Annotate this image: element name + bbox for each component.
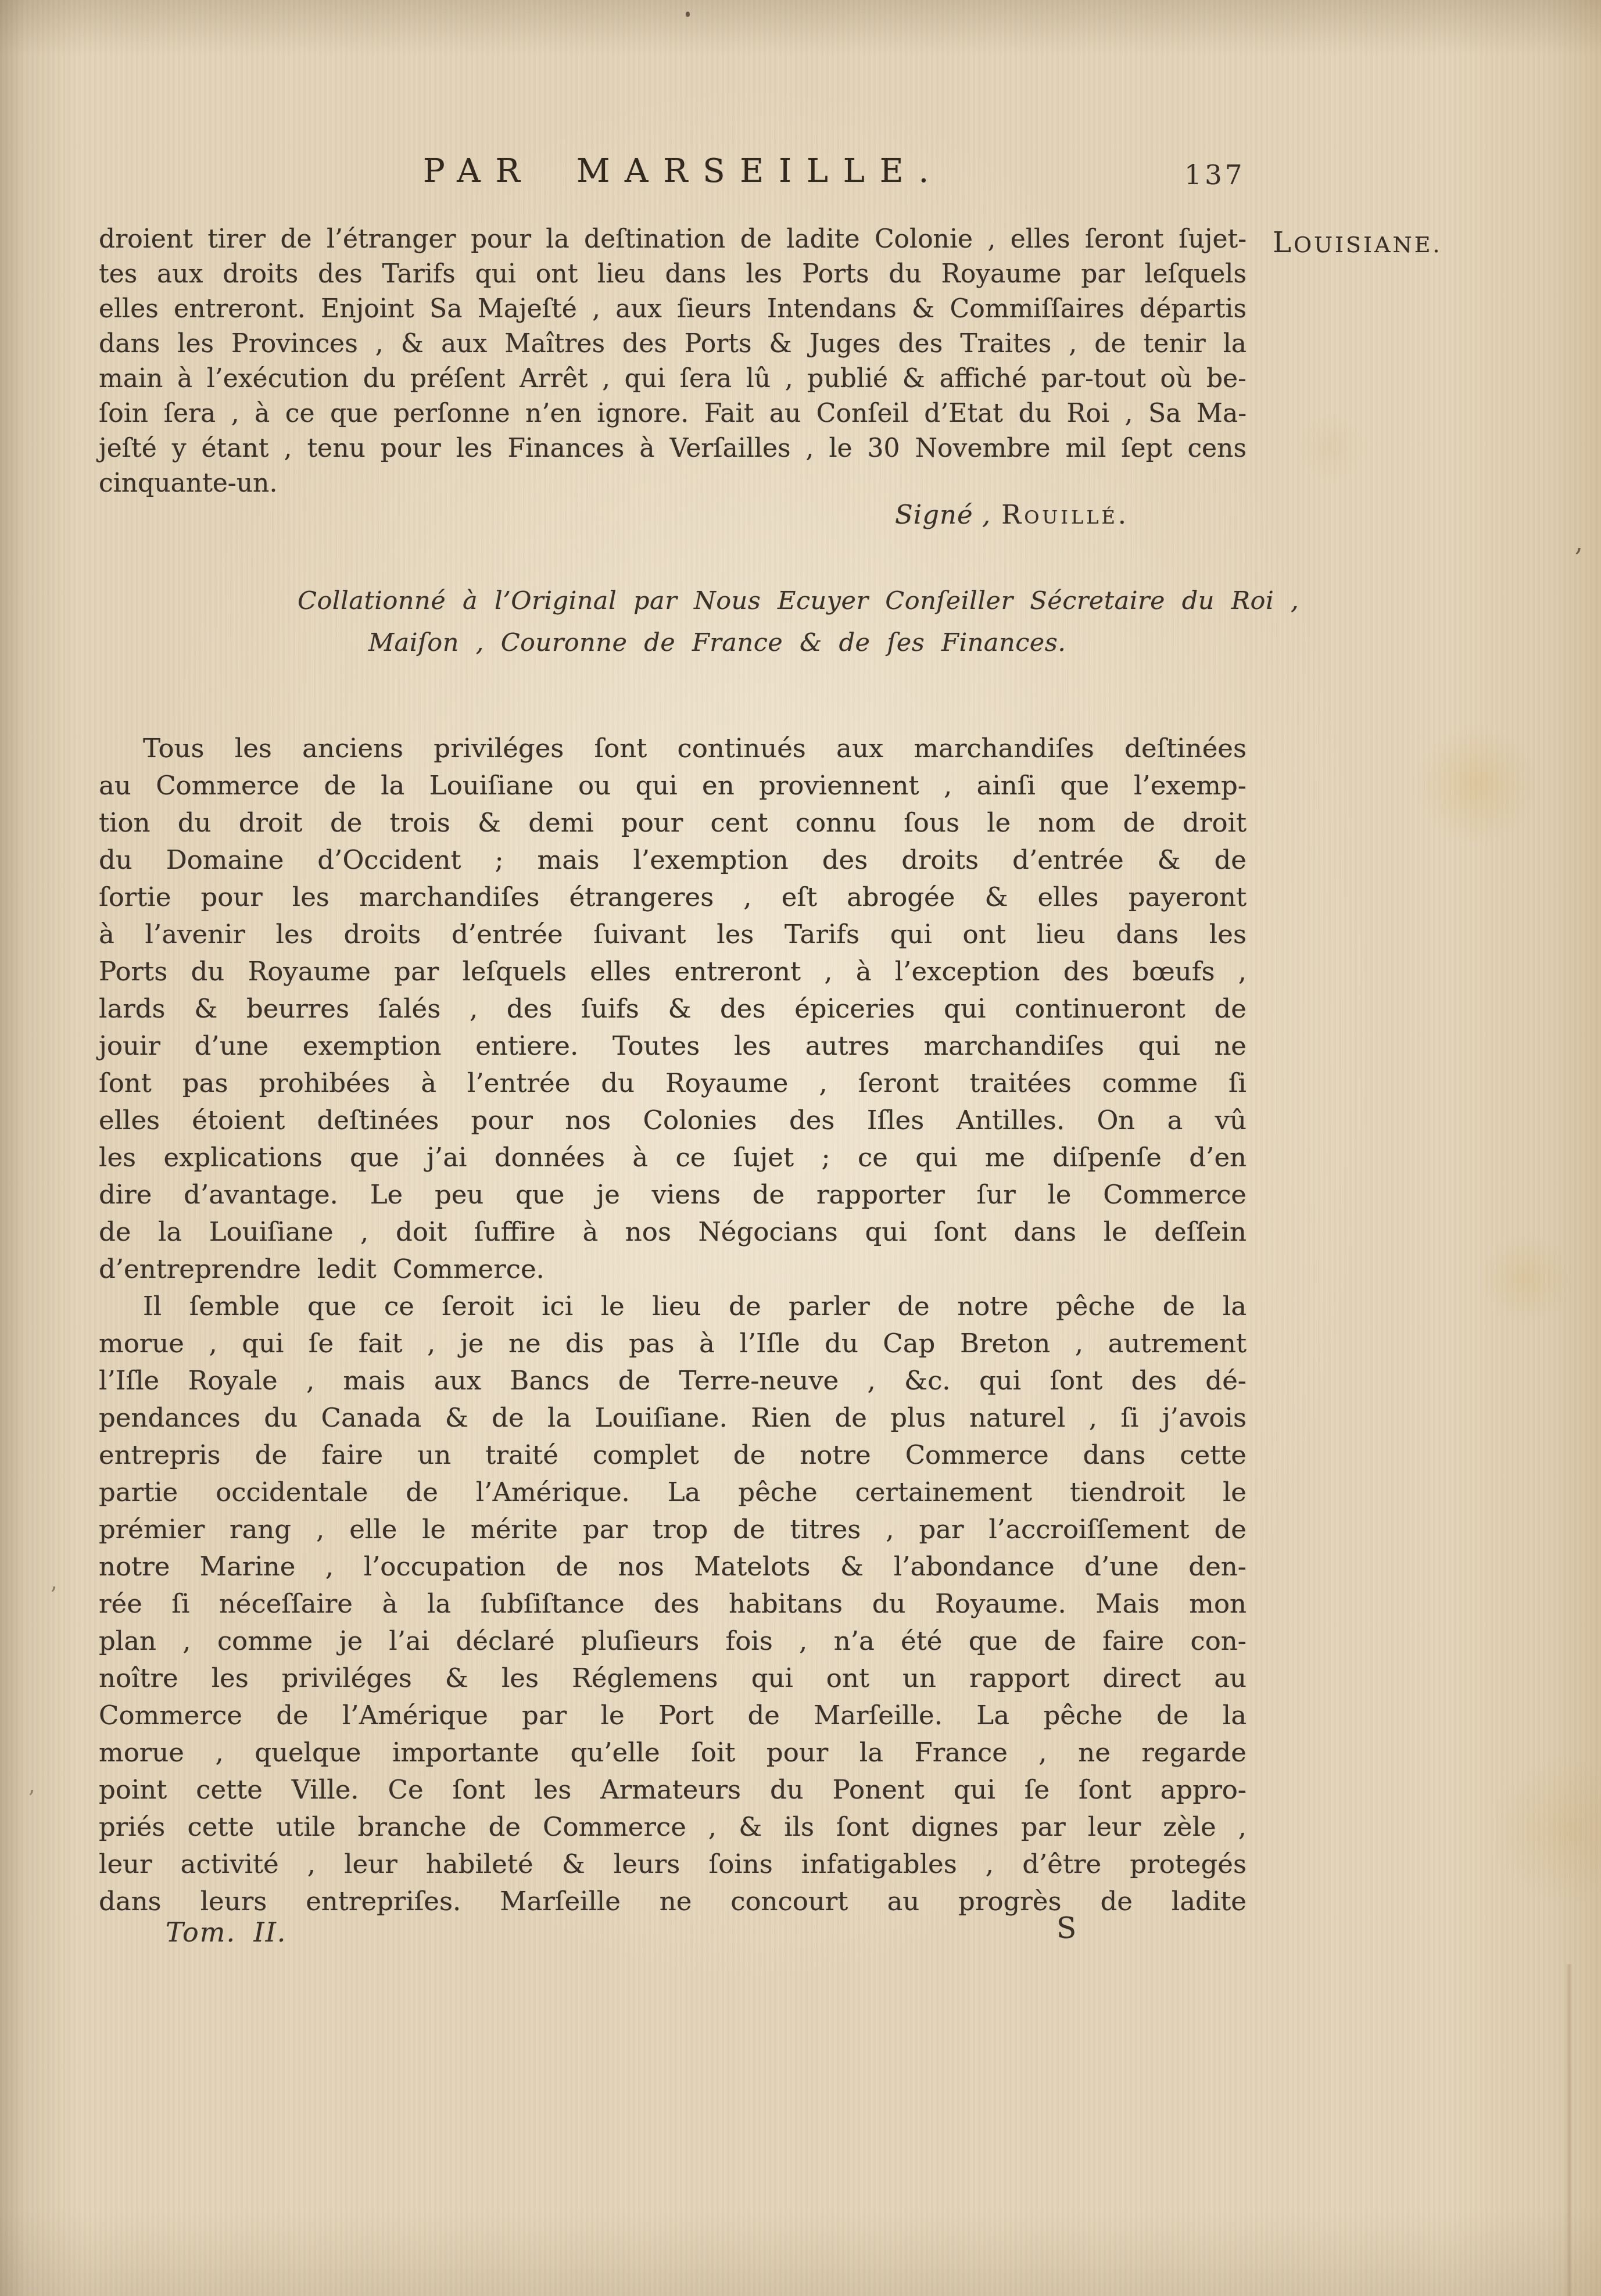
volume-label: Tom. II. [166, 1915, 286, 1949]
body-paragraph-peche: Il ſemble que ce ſeroit ici le lieu de p… [99, 1288, 1247, 1920]
text-line: droient tirer de l’étranger pour la deſt… [99, 222, 1247, 257]
text-line: leur activité , leur habileté & leurs ſo… [99, 1846, 1247, 1883]
text-line: à l’avenir les droits d’entrée ſuivant l… [99, 916, 1247, 953]
text-line: partie occidentale de l’Amérique. La pêc… [99, 1474, 1247, 1511]
text-line: rée ſi néceſſaire à la ſubſiſtance des h… [99, 1585, 1247, 1622]
text-line: ſortie pour les marchandiſes étrangeres … [99, 879, 1247, 916]
text-line: du Domaine d’Occident ; mais l’exemption… [99, 841, 1247, 879]
text-line: au Commerce de la Louiſiane ou qui en pr… [99, 767, 1247, 804]
text-line: tion du droit de trois & demi pour cent … [99, 804, 1247, 841]
text-line: tes aux droits des Tarifs qui ont lieu d… [99, 257, 1247, 292]
arret-paragraph: droient tirer de l’étranger pour la deſt… [99, 222, 1247, 501]
text-line: elles étoient deſtinées pour nos Colonie… [99, 1102, 1247, 1139]
margin-note-louisiane: LOUISIANE. [1273, 228, 1442, 260]
signature-mark: S [1056, 1911, 1076, 1946]
text-line: Ports du Royaume par leſquels elles entr… [99, 953, 1247, 990]
text-line: ſoin ſera , à ce que perſonne n’en ignor… [99, 396, 1247, 431]
text-line: plan , comme je l’ai déclaré pluſieurs f… [99, 1622, 1247, 1660]
text-line: Commerce de l’Amérique par le Port de Ma… [99, 1697, 1247, 1734]
text-line: priés cette utile branche de Commerce , … [99, 1808, 1247, 1846]
text-line: ſont pas prohibées à l’entrée du Royaume… [99, 1065, 1247, 1102]
text-line: Il ſemble que ce ſeroit ici le lieu de p… [99, 1288, 1247, 1325]
text-line: d’entreprendre ledit Commerce. [99, 1251, 1247, 1288]
text-line: jouir d’une exemption entiere. Toutes le… [99, 1027, 1247, 1065]
text-line: l’Iſle Royale , mais aux Bancs de Terre-… [99, 1362, 1247, 1399]
text-line: elles entreront. Enjoint Sa Majeſté , au… [99, 292, 1247, 327]
text-line: main à l’exécution du préſent Arrêt , qu… [99, 361, 1247, 396]
signature-line: Signé ,Rouillé. [895, 499, 1129, 531]
text-line: lards & beurres ſalés , des ſuifs & des … [99, 990, 1247, 1027]
signature-name: Rouillé. [1001, 499, 1129, 530]
page-crease [1566, 1964, 1573, 2296]
text-line: dans les Provinces , & aux Maîtres des P… [99, 327, 1247, 361]
running-header: PAR MARSEILLE. [423, 151, 944, 192]
text-line: morue , qui ſe fait , je ne dis pas à l’… [99, 1325, 1247, 1362]
body-paragraph-privileges: Tous les anciens priviléges ſont continu… [99, 730, 1247, 1288]
text-line: Tous les anciens priviléges ſont continu… [99, 730, 1247, 767]
text-line: dire d’avantage. Le peu que je viens de … [99, 1176, 1247, 1213]
ink-speck: , [1575, 528, 1583, 557]
text-line: point cette Ville. Ce ſont les Armateurs… [99, 1771, 1247, 1808]
text-line: notre Marine , l’occupation de nos Matel… [99, 1548, 1247, 1585]
text-line: de la Louiſiane , doit ſuffire à nos Nég… [99, 1213, 1247, 1251]
ink-speck: ’ [50, 1582, 57, 1607]
text-line: prémier rang , elle le mérite par trop d… [99, 1511, 1247, 1548]
text-line: Collationné à l’Original par Nous Ecuyer… [298, 580, 1274, 622]
text-line: jeſté y étant , tenu pour les Finances à… [99, 431, 1247, 466]
ink-speck [686, 12, 690, 17]
book-page-scan: PAR MARSEILLE. 137 LOUISIANE. droient ti… [0, 0, 1601, 2296]
text-line: pendances du Canada & de la Louiſiane. R… [99, 1399, 1247, 1437]
collation-note: Collationné à l’Original par Nous Ecuyer… [298, 580, 1274, 664]
text-line: Maiſon , Couronne de France & de ſes Fin… [298, 622, 1274, 664]
text-line: morue , quelque importante qu’elle ſoit … [99, 1734, 1247, 1771]
text-line: les explications que j’ai données à ce ſ… [99, 1139, 1247, 1176]
signature-prefix: Signé , [895, 499, 991, 530]
page-number: 137 [1184, 158, 1245, 193]
ink-speck: ’ [28, 1785, 35, 1811]
text-line: cinquante-un. [99, 466, 1247, 501]
text-line: noître les priviléges & les Réglemens qu… [99, 1660, 1247, 1697]
text-line: entrepris de faire un traité complet de … [99, 1437, 1247, 1474]
